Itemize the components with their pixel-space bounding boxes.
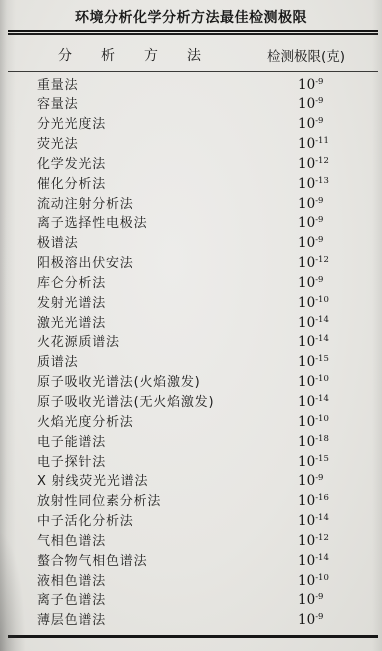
limit-base: 10 <box>298 553 315 569</box>
table-row: 放射性同位素分析法 10-16 <box>0 492 382 512</box>
table-row: 液相色谱法 10-10 <box>0 572 382 592</box>
method-name: 库仑分析法 <box>37 274 106 294</box>
detection-limit: 10-12 <box>298 254 329 274</box>
table-row: 阳极溶出伏安法 10-12 <box>0 254 382 274</box>
limit-exponent: -9 <box>315 215 323 225</box>
method-name: 电子能谱法 <box>37 433 106 453</box>
detection-limit: 10-12 <box>298 532 329 552</box>
limit-exponent: -10 <box>315 414 329 424</box>
limit-exponent: -15 <box>315 354 329 364</box>
method-name: 原子吸收光谱法(火焰激发) <box>37 373 201 393</box>
limit-exponent: -9 <box>315 612 323 622</box>
detection-limit: 10-9 <box>298 274 323 294</box>
limit-exponent: -14 <box>315 553 329 563</box>
method-name: 离子色谱法 <box>37 591 106 611</box>
detection-limit: 10-14 <box>298 512 329 532</box>
table-row: 催化分析法 10-13 <box>0 175 382 195</box>
limit-exponent: -14 <box>315 315 329 325</box>
limit-base: 10 <box>298 235 315 251</box>
method-name: 分光光度法 <box>37 115 106 135</box>
method-name: 离子选择性电极法 <box>37 214 147 234</box>
table-row: 极谱法 10-9 <box>0 234 382 254</box>
method-name: 气相色谱法 <box>37 532 106 552</box>
limit-exponent: -15 <box>315 454 329 464</box>
table-row: 发射光谱法 10-10 <box>0 294 382 314</box>
limit-base: 10 <box>298 77 315 93</box>
limit-base: 10 <box>298 116 315 132</box>
detection-limit: 10-10 <box>298 572 329 592</box>
limit-base: 10 <box>298 473 315 489</box>
limit-base: 10 <box>298 334 315 350</box>
detection-limit: 10-9 <box>298 214 323 234</box>
table-row: 流动注射分析法 10-9 <box>0 195 382 215</box>
method-name: 化学发光法 <box>37 155 106 175</box>
table-row: 火花源质谱法 10-14 <box>0 333 382 353</box>
limit-base: 10 <box>298 275 315 291</box>
table-row: 螯合物气相色谱法 10-14 <box>0 552 382 572</box>
detection-limit: 10-9 <box>298 611 323 631</box>
table-row: 薄层色谱法 10-9 <box>0 611 382 631</box>
limit-base: 10 <box>298 434 315 450</box>
limit-exponent: -16 <box>315 493 329 503</box>
limit-base: 10 <box>298 354 315 370</box>
detection-limit: 10-9 <box>298 95 323 115</box>
detection-limit: 10-14 <box>298 393 329 413</box>
table-row: 激光光谱法 10-14 <box>0 314 382 334</box>
method-name: 螯合物气相色谱法 <box>37 552 147 572</box>
method-name: 催化分析法 <box>37 175 106 195</box>
table-row: 原子吸收光谱法(火焰激发) 10-10 <box>0 373 382 393</box>
limit-exponent: -10 <box>315 295 329 305</box>
table-row: 中子活化分析法 10-14 <box>0 512 382 532</box>
limit-exponent: -14 <box>315 513 329 523</box>
detection-limit: 10-9 <box>298 234 323 254</box>
method-name: 发射光谱法 <box>37 294 106 314</box>
table-bottom-rule <box>8 635 378 638</box>
limit-base: 10 <box>298 96 315 112</box>
method-name: 电子探针法 <box>37 453 106 473</box>
limit-base: 10 <box>298 136 315 152</box>
limit-exponent: -9 <box>315 196 323 206</box>
detection-limit: 10-14 <box>298 333 329 353</box>
detection-limit: 10-18 <box>298 433 329 453</box>
table-row: 电子探针法 10-15 <box>0 453 382 473</box>
column-header-method: 分析方法 <box>58 45 230 65</box>
table-row: 重量法 10-9 <box>0 76 382 96</box>
limit-base: 10 <box>298 176 315 192</box>
limit-base: 10 <box>298 215 315 231</box>
limit-base: 10 <box>298 196 315 212</box>
table-row: 离子选择性电极法 10-9 <box>0 214 382 234</box>
column-header-detection-limit: 检测极限(克) <box>267 45 345 65</box>
limit-exponent: -9 <box>315 96 323 106</box>
detection-limit: 10-15 <box>298 453 329 473</box>
method-name: 原子吸收光谱法(无火焰激发) <box>37 393 214 413</box>
detection-limit: 10-9 <box>298 76 323 96</box>
detection-limit: 10-12 <box>298 155 329 175</box>
limit-exponent: -9 <box>315 235 323 245</box>
limit-exponent: -10 <box>315 573 329 583</box>
limit-exponent: -12 <box>315 533 329 543</box>
table-row: 分光光度法 10-9 <box>0 115 382 135</box>
method-name: 液相色谱法 <box>37 572 106 592</box>
limit-base: 10 <box>298 414 315 430</box>
limit-base: 10 <box>298 573 315 589</box>
table-row: 离子色谱法 10-9 <box>0 591 382 611</box>
limit-exponent: -9 <box>315 473 323 483</box>
method-name: 质谱法 <box>37 353 78 373</box>
table-row: 质谱法 10-15 <box>0 353 382 373</box>
table-header: 分析方法 检测极限(克) <box>0 45 382 67</box>
limit-exponent: -13 <box>315 176 329 186</box>
table-row: 原子吸收光谱法(无火焰激发) 10-14 <box>0 393 382 413</box>
limit-base: 10 <box>298 454 315 470</box>
limit-base: 10 <box>298 493 315 509</box>
method-name: 容量法 <box>37 95 78 115</box>
detection-limit: 10-15 <box>298 353 329 373</box>
limit-base: 10 <box>298 533 315 549</box>
limit-exponent: -10 <box>315 374 329 384</box>
method-name: 放射性同位素分析法 <box>37 492 161 512</box>
table-row: 化学发光法 10-12 <box>0 155 382 175</box>
detection-limit: 10-16 <box>298 492 329 512</box>
limit-base: 10 <box>298 612 315 628</box>
limit-exponent: -9 <box>315 77 323 87</box>
detection-limit: 10-11 <box>298 135 329 155</box>
method-name: X 射线荧光光谱法 <box>37 472 148 492</box>
limit-base: 10 <box>298 156 315 172</box>
table-top-rule <box>8 30 378 35</box>
detection-limit: 10-10 <box>298 413 329 433</box>
limit-exponent: -14 <box>315 394 329 404</box>
document-page: 环境分析化学分析方法最佳检测极限 分析方法 检测极限(克) 重量法 10-9 容… <box>0 0 382 651</box>
table-row: X 射线荧光光谱法 10-9 <box>0 472 382 492</box>
method-name: 荧光法 <box>37 135 78 155</box>
method-name: 薄层色谱法 <box>37 611 106 631</box>
detection-limit: 10-10 <box>298 294 329 314</box>
detection-limit: 10-13 <box>298 175 329 195</box>
limit-exponent: -18 <box>315 434 329 444</box>
table-row: 电子能谱法 10-18 <box>0 433 382 453</box>
detection-limit: 10-9 <box>298 195 323 215</box>
limit-exponent: -9 <box>315 275 323 285</box>
detection-limit: 10-9 <box>298 591 323 611</box>
limit-base: 10 <box>298 295 315 311</box>
table-body: 重量法 10-9 容量法 10-9 分光光度法 10-9 荧光法 10-11 化… <box>0 76 382 632</box>
limit-exponent: -12 <box>315 255 329 265</box>
method-name: 流动注射分析法 <box>37 195 134 215</box>
table-row: 气相色谱法 10-12 <box>0 532 382 552</box>
limit-exponent: -9 <box>315 592 323 602</box>
table-row: 库仑分析法 10-9 <box>0 274 382 294</box>
detection-limit: 10-9 <box>298 115 323 135</box>
limit-exponent: -11 <box>315 136 329 146</box>
method-name: 中子活化分析法 <box>37 512 134 532</box>
header-separator-rule <box>8 71 378 72</box>
limit-base: 10 <box>298 374 315 390</box>
page-title: 环境分析化学分析方法最佳检测极限 <box>0 7 382 27</box>
limit-base: 10 <box>298 513 315 529</box>
limit-exponent: -12 <box>315 156 329 166</box>
table-row: 容量法 10-9 <box>0 95 382 115</box>
detection-limit: 10-14 <box>298 314 329 334</box>
limit-base: 10 <box>298 315 315 331</box>
limit-exponent: -9 <box>315 116 323 126</box>
table-row: 荧光法 10-11 <box>0 135 382 155</box>
detection-limit: 10-9 <box>298 472 323 492</box>
method-name: 激光光谱法 <box>37 314 106 334</box>
limit-base: 10 <box>298 394 315 410</box>
detection-limit: 10-14 <box>298 552 329 572</box>
method-name: 极谱法 <box>37 234 78 254</box>
method-name: 火焰光度分析法 <box>37 413 134 433</box>
method-name: 阳极溶出伏安法 <box>37 254 134 274</box>
limit-base: 10 <box>298 255 315 271</box>
method-name: 火花源质谱法 <box>37 333 120 353</box>
method-name: 重量法 <box>37 76 78 96</box>
limit-exponent: -14 <box>315 334 329 344</box>
table-row: 火焰光度分析法 10-10 <box>0 413 382 433</box>
detection-limit: 10-10 <box>298 373 329 393</box>
limit-base: 10 <box>298 592 315 608</box>
